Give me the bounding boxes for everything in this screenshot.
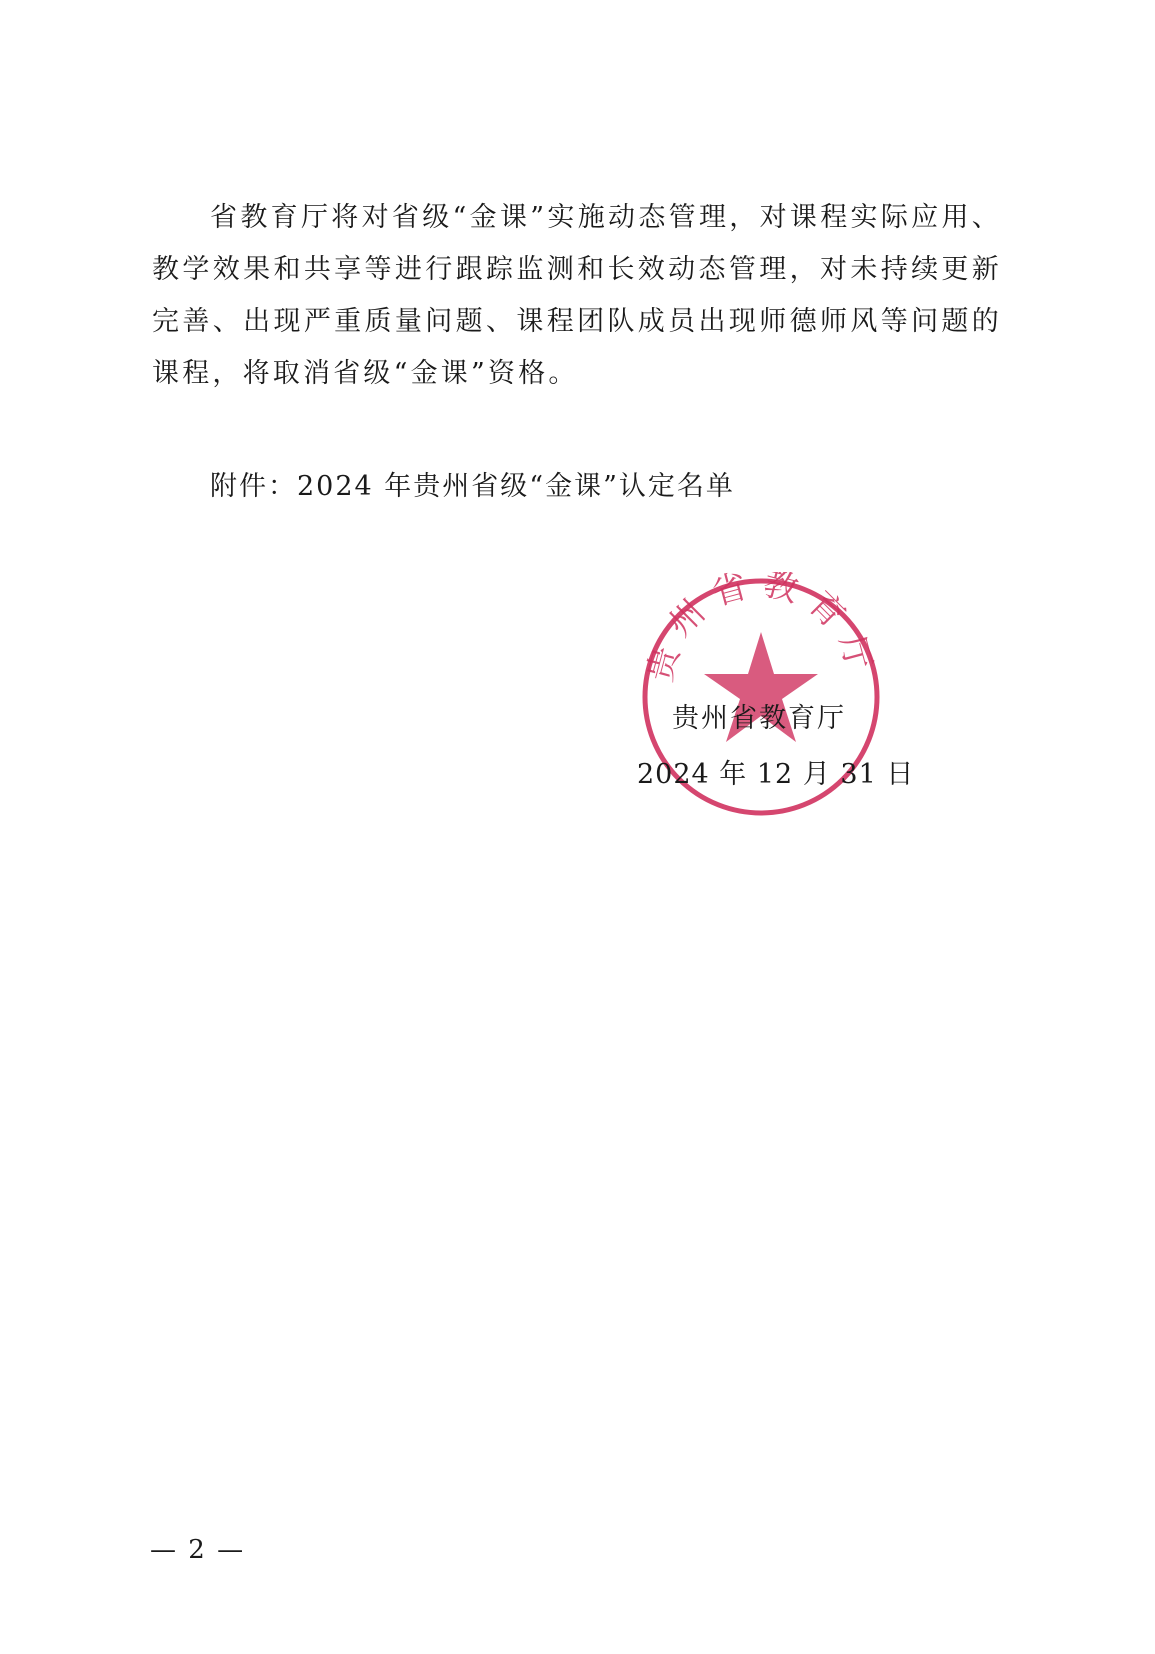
document-page: 省教育厅将对省级“金课”实施动态管理，对课程实际应用、教学效果和共享等进行跟踪监… [0,0,1155,1654]
issuer-signature: 贵州省教育厅 [672,696,846,735]
body-paragraph: 省教育厅将对省级“金课”实施动态管理，对课程实际应用、教学效果和共享等进行跟踪监… [152,192,1002,400]
page-number: — 2 — [150,1535,245,1565]
signature-date: 2024 年 12 月 31 日 [637,752,914,791]
attachment-line: 附件：2024 年贵州省级“金课”认定名单 [210,464,735,503]
